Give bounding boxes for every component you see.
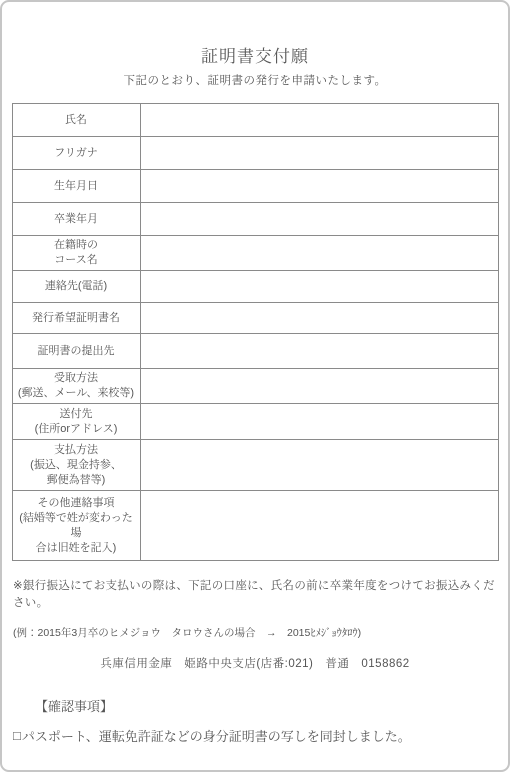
graduation-date-field[interactable] — [140, 203, 498, 236]
furigana-field[interactable] — [140, 137, 498, 170]
shipping-address-field[interactable] — [140, 404, 498, 440]
row-label: 送付先 (住所orアドレス) — [12, 404, 140, 440]
table-row-graduation-date: 卒業年月 — [12, 203, 498, 236]
table-row-receipt-method: 受取方法 (郵送、メール、来校等) — [12, 369, 498, 404]
certificate-request-table: 氏名 フリガナ 生年月日 卒業年月 在籍時の コース名 連絡先(電話) — [12, 103, 499, 561]
row-label: 支払方法 (振込、現金持参、 郵便為替等) — [12, 440, 140, 491]
page-title: 証明書交付願 — [2, 2, 508, 67]
row-label: 連絡先(電話) — [12, 271, 140, 303]
table-row-certificate-name: 発行希望証明書名 — [12, 303, 498, 334]
confirmation-heading: 【確認事項】 — [35, 696, 508, 715]
document-page: 証明書交付願 下記のとおり、証明書の発行を申請いたします。 氏名 フリガナ 生年… — [0, 0, 510, 772]
row-label: 証明書の提出先 — [12, 334, 140, 369]
row-label: 受取方法 (郵送、メール、来校等) — [12, 369, 140, 404]
course-name-field[interactable] — [140, 236, 498, 271]
contact-phone-field[interactable] — [140, 271, 498, 303]
table-row-birthdate: 生年月日 — [12, 170, 498, 203]
table-row-furigana: フリガナ — [12, 137, 498, 170]
id-copy-checkbox[interactable]: □ — [13, 728, 21, 743]
row-label: 発行希望証明書名 — [12, 303, 140, 334]
table-row-submission-destination: 証明書の提出先 — [12, 334, 498, 369]
row-label: その他連絡事項 (結婚等で姓が変わった場 合は旧姓を記入) — [12, 491, 140, 561]
submission-destination-field[interactable] — [140, 334, 498, 369]
id-copy-checkbox-label: パスポート、運転免許証などの身分証明書の写しを同封しました。 — [22, 726, 411, 745]
row-label: 生年月日 — [12, 170, 140, 203]
birthdate-field[interactable] — [140, 170, 498, 203]
certificate-name-field[interactable] — [140, 303, 498, 334]
id-copy-confirmation-row: □ パスポート、運転免許証などの身分証明書の写しを同封しました。 — [13, 726, 497, 745]
other-notes-field[interactable] — [140, 491, 498, 561]
transfer-name-example: (例：2015年3月卒のヒメジョウ タロウさんの場合 → 2015ﾋﾒｼﾞｮｳﾀ… — [13, 625, 497, 640]
name-field[interactable] — [140, 104, 498, 137]
table-row-course-name: 在籍時の コース名 — [12, 236, 498, 271]
row-label: 卒業年月 — [12, 203, 140, 236]
row-label: 在籍時の コース名 — [12, 236, 140, 271]
table-row-other-notes: その他連絡事項 (結婚等で姓が変わった場 合は旧姓を記入) — [12, 491, 498, 561]
table-row-payment-method: 支払方法 (振込、現金持参、 郵便為替等) — [12, 440, 498, 491]
page-subtitle: 下記のとおり、証明書の発行を申請いたします。 — [2, 72, 508, 88]
row-label: 氏名 — [12, 104, 140, 137]
table-row-contact-phone: 連絡先(電話) — [12, 271, 498, 303]
table-row-name: 氏名 — [12, 104, 498, 137]
bank-account-info: 兵庫信用金庫 姫路中央支店(店番:021) 普通 0158862 — [2, 655, 508, 671]
payment-method-field[interactable] — [140, 440, 498, 491]
table-row-shipping-address: 送付先 (住所orアドレス) — [12, 404, 498, 440]
bank-transfer-note: ※銀行振込にてお支払いの際は、下記の口座に、氏名の前に卒業年度をつけてお振込みく… — [13, 578, 497, 612]
receipt-method-field[interactable] — [140, 369, 498, 404]
row-label: フリガナ — [12, 137, 140, 170]
